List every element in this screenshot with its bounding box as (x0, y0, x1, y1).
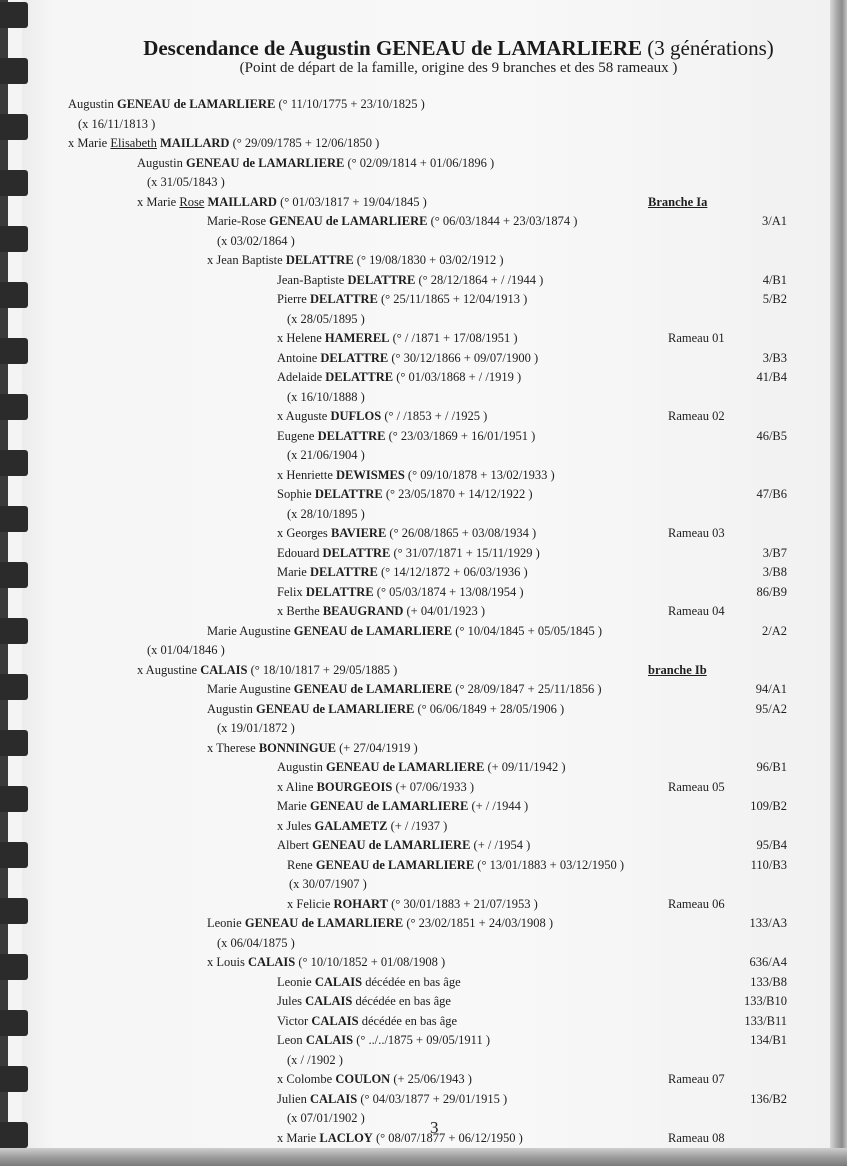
marriage-date: (x 16/10/1888 ) (287, 390, 365, 404)
marriage-date: (x 30/07/1907 ) (289, 877, 367, 891)
surname: GENEAU de LAMARLIERE (269, 214, 427, 228)
reference-code: 96/B1 (707, 760, 787, 775)
life-dates: (° 09/10/1878 + 13/02/1933 ) (408, 468, 555, 482)
spouse-prefix: x Auguste (277, 409, 330, 423)
given-name: Sophie (277, 487, 312, 501)
marriage-line: (x 19/01/1872 ) (217, 721, 295, 736)
person-line: Edouard DELATTRE (° 31/07/1871 + 15/11/1… (277, 546, 540, 561)
reference-code: 133/B8 (707, 975, 787, 990)
life-dates: (° 06/03/1844 + 23/03/1874 ) (431, 214, 578, 228)
given-name: Leonie (207, 916, 242, 930)
binding-ring (0, 338, 28, 364)
life-dates: (+ 09/11/1942 ) (487, 760, 565, 774)
life-dates: (+ / /1944 ) (471, 799, 528, 813)
title-main: Descendance de Augustin GENEAU de LAMARL… (143, 36, 642, 60)
reference-code: 2/A2 (707, 624, 787, 639)
spouse-line: x Georges BAVIERE (° 26/08/1865 + 03/08/… (277, 526, 536, 541)
surname: DELATTRE (322, 546, 390, 560)
marriage-date: (x 31/05/1843 ) (147, 175, 225, 189)
life-dates: décédée en bas âge (365, 975, 460, 989)
spouse-prefix: x Georges (277, 526, 331, 540)
life-dates: (+ / /1937 ) (391, 819, 448, 833)
life-dates: (° 23/02/1851 + 24/03/1908 ) (406, 916, 553, 930)
surname: GENEAU de LAMARLIERE (310, 799, 468, 813)
given-name: Rene (287, 858, 313, 872)
given-name: Marie (277, 799, 307, 813)
person-line: Marie Augustine GENEAU de LAMARLIERE (° … (207, 682, 602, 697)
life-dates: (° 01/03/1817 + 19/04/1845 ) (280, 195, 427, 209)
binding-ring (0, 842, 28, 868)
life-dates: (° / /1871 + 17/08/1951 ) (393, 331, 518, 345)
marriage-line: (x 03/02/1864 ) (217, 234, 295, 249)
marriage-line: (x 28/05/1895 ) (287, 312, 365, 327)
surname: DELATTRE (315, 487, 383, 501)
surname: BOURGEOIS (317, 780, 393, 794)
given-name: Marie Augustine (207, 624, 291, 638)
reference-code: 46/B5 (707, 429, 787, 444)
surname: DELATTRE (306, 585, 374, 599)
marriage-date: (x / /1902 ) (287, 1053, 343, 1067)
spouse-line: x Helene HAMEREL (° / /1871 + 17/08/1951… (277, 331, 518, 346)
page-subtitle: (Point de départ de la famille, origine … (0, 60, 847, 77)
life-dates: (° 13/01/1883 + 03/12/1950 ) (477, 858, 624, 872)
reference-code: 86/B9 (707, 585, 787, 600)
rameau-label: Rameau 03 (668, 526, 725, 541)
person-line: Augustin GENEAU de LAMARLIERE (° 11/10/1… (68, 97, 425, 112)
marriage-line: (x 01/04/1846 ) (147, 643, 225, 658)
life-dates: (° 25/11/1865 + 12/04/1913 ) (381, 292, 527, 306)
marriage-date: (x 03/02/1864 ) (217, 234, 295, 248)
binding-ring (0, 954, 28, 980)
rameau-label: Rameau 06 (668, 897, 725, 912)
reference-code: 3/B7 (707, 546, 787, 561)
marriage-line: (x 06/04/1875 ) (217, 936, 295, 951)
given-name: Augustin (68, 97, 114, 111)
life-dates: (+ 25/06/1943 ) (393, 1072, 472, 1086)
surname: HAMEREL (325, 331, 390, 345)
life-dates: (° 28/12/1864 + / /1944 ) (418, 273, 543, 287)
person-line: Marie Augustine GENEAU de LAMARLIERE (° … (207, 624, 602, 639)
surname: COULON (335, 1072, 390, 1086)
surname: MAILLARD (207, 195, 276, 209)
branch-label: Branche Ia (648, 195, 707, 210)
surname: ROHART (334, 897, 388, 911)
person-line: Marie-Rose GENEAU de LAMARLIERE (° 06/03… (207, 214, 577, 229)
spouse-line: x Auguste DUFLOS (° / /1853 + / /1925 ) (277, 409, 487, 424)
rameau-label: Rameau 07 (668, 1072, 725, 1087)
person-line: Sophie DELATTRE (° 23/05/1870 + 14/12/19… (277, 487, 533, 502)
surname: MAILLARD (160, 136, 229, 150)
surname: CALAIS (310, 1092, 357, 1106)
person-line: Jean-Baptiste DELATTRE (° 28/12/1864 + /… (277, 273, 543, 288)
person-line: Leon CALAIS (° ../../1875 + 09/05/1911 ) (277, 1033, 490, 1048)
binding-ring (0, 1066, 28, 1092)
binding-ring (0, 674, 28, 700)
life-dates: (+ / /1954 ) (474, 838, 531, 852)
person-line: Leonie GENEAU de LAMARLIERE (° 23/02/185… (207, 916, 553, 931)
person-line: Julien CALAIS (° 04/03/1877 + 29/01/1915… (277, 1092, 507, 1107)
marriage-date: (x 07/01/1902 ) (287, 1111, 365, 1125)
binding-ring (0, 394, 28, 420)
life-dates: (° / /1853 + / /1925 ) (384, 409, 487, 423)
marriage-line: (x / /1902 ) (287, 1053, 343, 1068)
person-line: Augustin GENEAU de LAMARLIERE (+ 09/11/1… (277, 760, 566, 775)
surname: DELATTRE (347, 273, 415, 287)
surname: GENEAU de LAMARLIERE (316, 858, 474, 872)
marriage-line: (x 16/10/1888 ) (287, 390, 365, 405)
binding-ring (0, 1010, 28, 1036)
life-dates: décédée en bas âge (362, 1014, 457, 1028)
reference-code: 3/B8 (707, 565, 787, 580)
life-dates: (° 10/10/1852 + 01/08/1908 ) (298, 955, 445, 969)
page-title: Descendance de Augustin GENEAU de LAMARL… (0, 36, 847, 61)
life-dates: (° 30/01/1883 + 21/07/1953 ) (391, 897, 538, 911)
spouse-prefix: x Henriette (277, 468, 336, 482)
marriage-date: (x 28/10/1895 ) (287, 507, 365, 521)
given-name: Augustin (277, 760, 323, 774)
given-name: Augustin (207, 702, 253, 716)
marriage-date: (x 28/05/1895 ) (287, 312, 365, 326)
person-line: Albert GENEAU de LAMARLIERE (+ / /1954 ) (277, 838, 530, 853)
binding-ring (0, 1122, 28, 1148)
marriage-date: (x 01/04/1846 ) (147, 643, 225, 657)
person-line: Jules CALAIS décédée en bas âge (277, 994, 451, 1009)
marriage-date: (x 06/04/1875 ) (217, 936, 295, 950)
given-name: Leonie (277, 975, 312, 989)
binding-ring (0, 450, 28, 476)
spouse-prefix: x Jules (277, 819, 315, 833)
surname: DELATTRE (320, 351, 388, 365)
marriage-line: (x 16/11/1813 ) (78, 117, 155, 132)
marriage-line: (x 21/06/1904 ) (287, 448, 365, 463)
person-line: Adelaide DELATTRE (° 01/03/1868 + / /191… (277, 370, 521, 385)
surname: GENEAU de LAMARLIERE (326, 760, 484, 774)
reference-code: 95/A2 (707, 702, 787, 717)
surname: GENEAU de LAMARLIERE (245, 916, 403, 930)
rameau-label: Rameau 02 (668, 409, 725, 424)
given-name: Albert (277, 838, 309, 852)
binding-ring (0, 562, 28, 588)
marriage-date: (x 21/06/1904 ) (287, 448, 365, 462)
reference-code: 636/A4 (707, 955, 787, 970)
spouse-line: x Henriette DEWISMES (° 09/10/1878 + 13/… (277, 468, 555, 483)
life-dates: (° 14/12/1872 + 06/03/1936 ) (381, 565, 528, 579)
spouse-prefix: x Marie (68, 136, 110, 150)
person-line: Eugene DELATTRE (° 23/03/1869 + 16/01/19… (277, 429, 535, 444)
person-line: Pierre DELATTRE (° 25/11/1865 + 12/04/19… (277, 292, 527, 307)
life-dates: (° 06/06/1849 + 28/05/1906 ) (417, 702, 564, 716)
surname: DELATTRE (318, 429, 386, 443)
person-line: Leonie CALAIS décédée en bas âge (277, 975, 461, 990)
person-line: Marie DELATTRE (° 14/12/1872 + 06/03/193… (277, 565, 528, 580)
reference-code: 4/B1 (707, 273, 787, 288)
person-line: Antoine DELATTRE (° 30/12/1866 + 09/07/1… (277, 351, 538, 366)
binding-ring (0, 170, 28, 196)
life-dates: (° 11/10/1775 + 23/10/1825 ) (278, 97, 424, 111)
life-dates: (° 08/07/1877 + 06/12/1950 ) (376, 1131, 523, 1145)
surname: DEWISMES (336, 468, 405, 482)
surname: CALAIS (306, 1033, 353, 1047)
page-edge-bottom (0, 1148, 847, 1166)
reference-code: 3/A1 (707, 214, 787, 229)
surname: CALAIS (248, 955, 295, 969)
surname: DELATTRE (286, 253, 354, 267)
surname: CALAIS (200, 663, 247, 677)
reference-code: 133/B11 (707, 1014, 787, 1029)
surname: DELATTRE (310, 292, 378, 306)
spouse-line: x Marie LACLOY (° 08/07/1877 + 06/12/195… (277, 1131, 523, 1146)
spouse-prefix: x Marie (277, 1131, 319, 1145)
marriage-line: (x 28/10/1895 ) (287, 507, 365, 522)
rameau-label: Rameau 05 (668, 780, 725, 795)
spouse-line: x Jules GALAMETZ (+ / /1937 ) (277, 819, 447, 834)
spouse-line: x Augustine CALAIS (° 18/10/1817 + 29/05… (137, 663, 397, 678)
given-name: Victor (277, 1014, 308, 1028)
binding-ring (0, 506, 28, 532)
life-dates: (° 02/09/1814 + 01/06/1896 ) (347, 156, 494, 170)
reference-code: 3/B3 (707, 351, 787, 366)
branch-label: branche Ib (648, 663, 707, 678)
marriage-date: (x 19/01/1872 ) (217, 721, 295, 735)
binding-ring (0, 730, 28, 756)
surname: GENEAU de LAMARLIERE (186, 156, 344, 170)
spouse-prefix: x Aline (277, 780, 317, 794)
life-dates: (° 01/03/1868 + / /1919 ) (396, 370, 521, 384)
rameau-label: Rameau 04 (668, 604, 725, 619)
life-dates: (° 26/08/1865 + 03/08/1934 ) (389, 526, 536, 540)
surname: BONNINGUE (259, 741, 336, 755)
page-number: 3 (430, 1118, 439, 1138)
reference-code: 47/B6 (707, 487, 787, 502)
life-dates: (° 18/10/1817 + 29/05/1885 ) (251, 663, 398, 677)
life-dates: (° 28/09/1847 + 25/11/1856 ) (455, 682, 601, 696)
person-line: Augustin GENEAU de LAMARLIERE (° 06/06/1… (207, 702, 564, 717)
life-dates: (° 04/03/1877 + 29/01/1915 ) (360, 1092, 507, 1106)
person-line: Marie GENEAU de LAMARLIERE (+ / /1944 ) (277, 799, 528, 814)
reference-code: 5/B2 (707, 292, 787, 307)
life-dates: (+ 04/01/1923 ) (407, 604, 486, 618)
person-line: Felix DELATTRE (° 05/03/1874 + 13/08/195… (277, 585, 524, 600)
life-dates: (° 31/07/1871 + 15/11/1929 ) (393, 546, 539, 560)
surname: GENEAU de LAMARLIERE (294, 624, 452, 638)
reference-code: 136/B2 (707, 1092, 787, 1107)
given-name: Eugene (277, 429, 314, 443)
surname: BAVIERE (331, 526, 386, 540)
given-name: Jules (277, 994, 302, 1008)
spouse-prefix: x Helene (277, 331, 325, 345)
binding-ring (0, 898, 28, 924)
spouse-line: x Aline BOURGEOIS (+ 07/06/1933 ) (277, 780, 474, 795)
rameau-label: Rameau 01 (668, 331, 725, 346)
life-dates: (° 29/09/1785 + 12/06/1850 ) (233, 136, 380, 150)
given-name: Leon (277, 1033, 303, 1047)
life-dates: (+ 07/06/1933 ) (395, 780, 474, 794)
binding-ring (0, 2, 28, 28)
surname: GENEAU de LAMARLIERE (312, 838, 470, 852)
reference-code: 94/A1 (707, 682, 787, 697)
surname: GENEAU de LAMARLIERE (256, 702, 414, 716)
spouse-line: x Jean Baptiste DELATTRE (° 19/08/1830 +… (207, 253, 504, 268)
life-dates: (° 19/08/1830 + 03/02/1912 ) (357, 253, 504, 267)
life-dates: (° 05/03/1874 + 13/08/1954 ) (377, 585, 524, 599)
given-name-underlined: Elisabeth (110, 136, 157, 150)
marriage-line: (x 07/01/1902 ) (287, 1111, 365, 1126)
rameau-label: Rameau 08 (668, 1131, 725, 1146)
spouse-prefix: x Felicie (287, 897, 334, 911)
spouse-line: x Marie Elisabeth MAILLARD (° 29/09/1785… (68, 136, 379, 151)
given-name: Edouard (277, 546, 319, 560)
binding-ring (0, 618, 28, 644)
reference-code: 110/B3 (707, 858, 787, 873)
surname: CALAIS (315, 975, 362, 989)
marriage-line: (x 31/05/1843 ) (147, 175, 225, 190)
surname: LACLOY (319, 1131, 372, 1145)
surname: DELATTRE (325, 370, 393, 384)
spiral-binding (0, 0, 32, 1166)
binding-ring (0, 114, 28, 140)
surname: DUFLOS (330, 409, 381, 423)
given-name: Augustin (137, 156, 183, 170)
person-line: Augustin GENEAU de LAMARLIERE (° 02/09/1… (137, 156, 494, 171)
reference-code: 133/A3 (707, 916, 787, 931)
life-dates: (° 23/03/1869 + 16/01/1951 ) (389, 429, 536, 443)
binding-ring (0, 226, 28, 252)
life-dates: (° 23/05/1870 + 14/12/1922 ) (386, 487, 533, 501)
surname: GENEAU de LAMARLIERE (294, 682, 452, 696)
given-name: Pierre (277, 292, 307, 306)
spouse-prefix: x Berthe (277, 604, 323, 618)
given-name: Marie Augustine (207, 682, 291, 696)
given-name: Felix (277, 585, 303, 599)
life-dates: (° 10/04/1845 + 05/05/1845 ) (455, 624, 602, 638)
life-dates: décédée en bas âge (356, 994, 451, 1008)
spouse-prefix: x Marie (137, 195, 179, 209)
given-name-underlined: Rose (179, 195, 204, 209)
given-name: Julien (277, 1092, 307, 1106)
title-generations: (3 générations) (647, 36, 774, 60)
spouse-line: x Colombe COULON (+ 25/06/1943 ) (277, 1072, 472, 1087)
given-name: Marie (277, 565, 307, 579)
spouse-prefix: x Augustine (137, 663, 200, 677)
spouse-prefix: x Louis (207, 955, 248, 969)
given-name: Adelaide (277, 370, 322, 384)
binding-ring (0, 786, 28, 812)
marriage-line: (x 30/07/1907 ) (289, 877, 367, 892)
surname: DELATTRE (310, 565, 378, 579)
life-dates: (° 30/12/1866 + 09/07/1900 ) (391, 351, 538, 365)
spouse-line: x Louis CALAIS (° 10/10/1852 + 01/08/190… (207, 955, 445, 970)
reference-code: 134/B1 (707, 1033, 787, 1048)
life-dates: (° ../../1875 + 09/05/1911 ) (356, 1033, 490, 1047)
spouse-line: x Felicie ROHART (° 30/01/1883 + 21/07/1… (287, 897, 538, 912)
person-line: Rene GENEAU de LAMARLIERE (° 13/01/1883 … (287, 858, 624, 873)
page-edge-right (830, 0, 847, 1166)
reference-code: 95/B4 (707, 838, 787, 853)
surname: CALAIS (311, 1014, 358, 1028)
surname: CALAIS (305, 994, 352, 1008)
given-name: Marie-Rose (207, 214, 266, 228)
spouse-line: x Therese BONNINGUE (+ 27/04/1919 ) (207, 741, 418, 756)
life-dates: (+ 27/04/1919 ) (339, 741, 418, 755)
spouse-prefix: x Therese (207, 741, 259, 755)
binding-ring (0, 282, 28, 308)
surname: GALAMETZ (315, 819, 388, 833)
reference-code: 41/B4 (707, 370, 787, 385)
surname: GENEAU de LAMARLIERE (117, 97, 275, 111)
spouse-prefix: x Jean Baptiste (207, 253, 286, 267)
given-name: Jean-Baptiste (277, 273, 344, 287)
spouse-line: x Berthe BEAUGRAND (+ 04/01/1923 ) (277, 604, 485, 619)
surname: BEAUGRAND (323, 604, 404, 618)
spouse-prefix: x Colombe (277, 1072, 335, 1086)
spouse-line: x Marie Rose MAILLARD (° 01/03/1817 + 19… (137, 195, 427, 210)
reference-code: 133/B10 (707, 994, 787, 1009)
reference-code: 109/B2 (707, 799, 787, 814)
person-line: Victor CALAIS décédée en bas âge (277, 1014, 457, 1029)
given-name: Antoine (277, 351, 317, 365)
marriage-date: (x 16/11/1813 ) (78, 117, 155, 131)
